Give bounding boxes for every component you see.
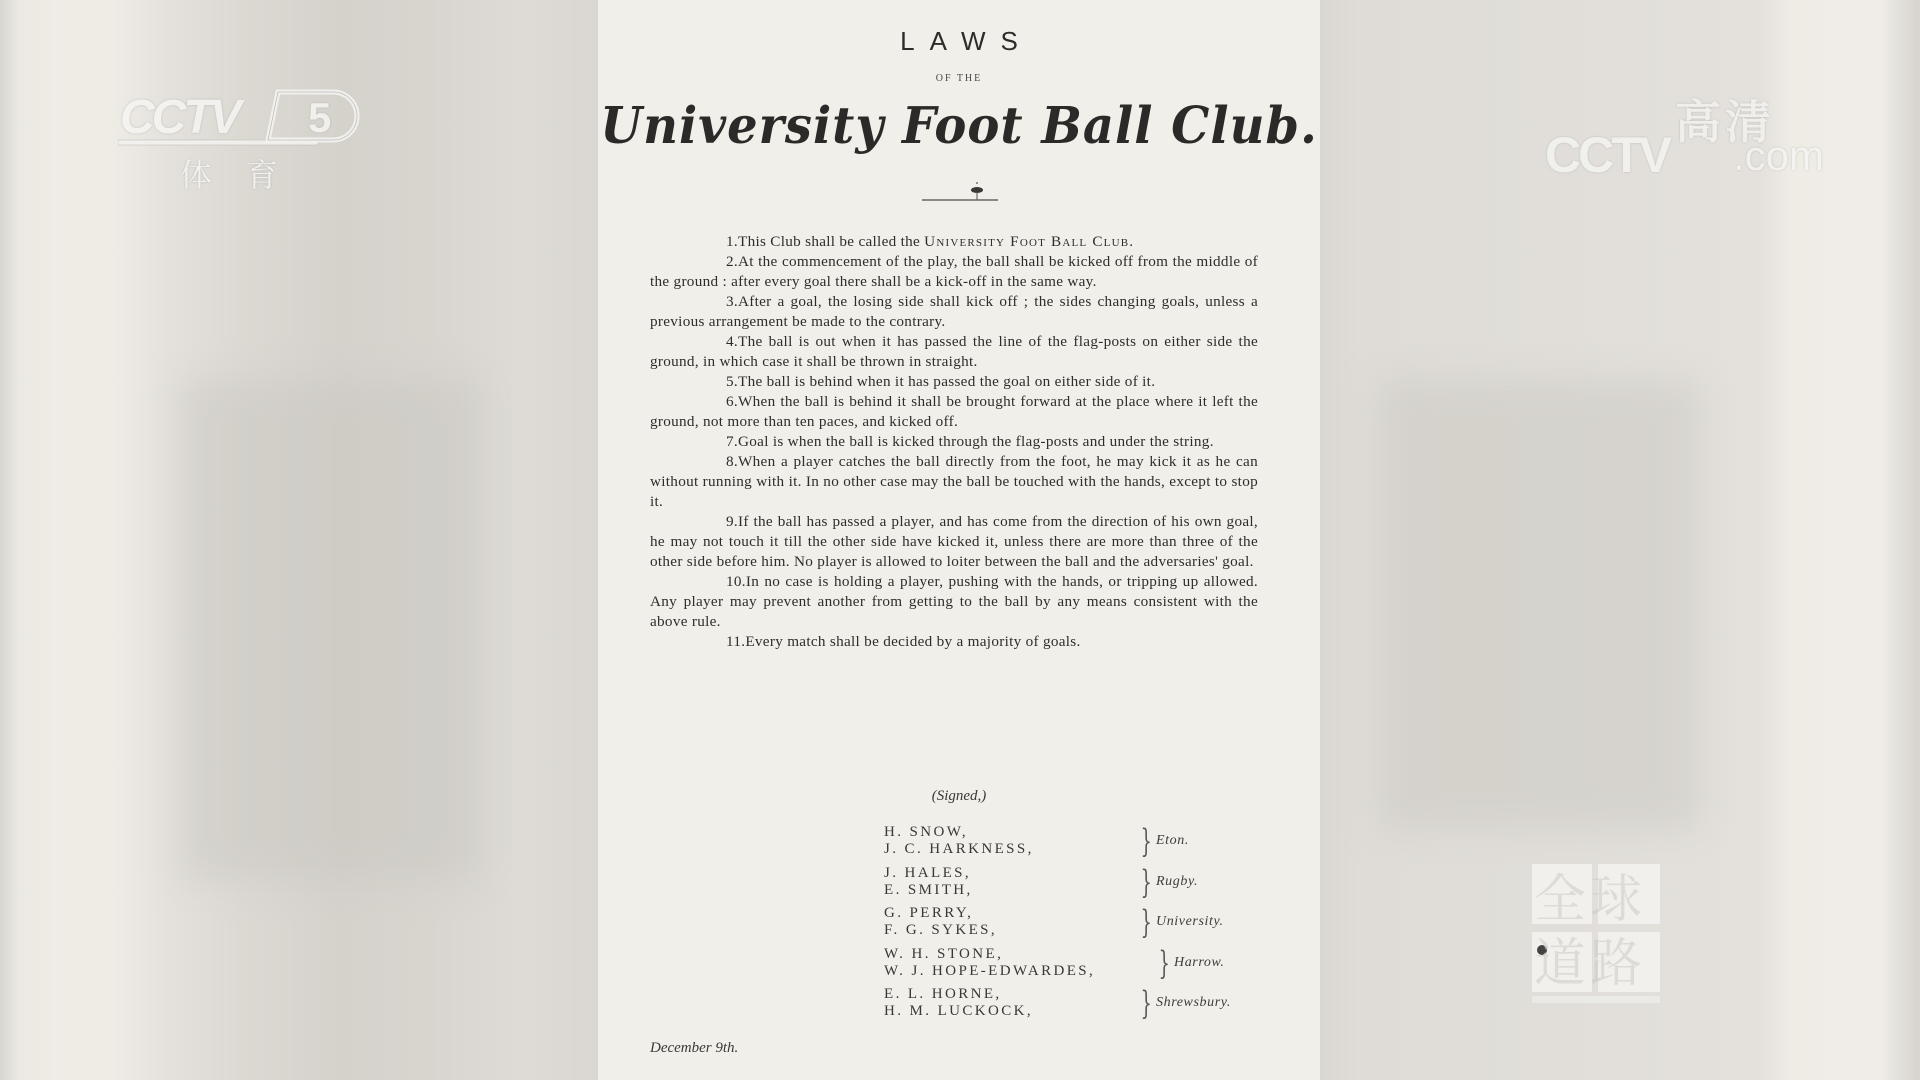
rule-item: 10.In no case is holding a player, pushi… (650, 572, 1258, 632)
rule-number: 11. (688, 632, 745, 652)
school-name: Harrow. (1174, 955, 1225, 971)
signatory-name: H. M. Luckock, (884, 1003, 1033, 1020)
channel-number: 5 (308, 94, 331, 142)
rule-text: This Club shall be called the (738, 233, 924, 250)
rule-item: 1.This Club shall be called the Universi… (650, 232, 1258, 252)
rule-text: When the ball is behind it shall be brou… (650, 393, 1258, 430)
document-date: December 9th. (650, 1040, 738, 1057)
rule-item: 7.Goal is when the ball is kicked throug… (650, 432, 1258, 452)
rule-item: 8.When a player catches the ball directl… (650, 452, 1258, 512)
rule-item: 9.If the ball has passed a player, and h… (650, 512, 1258, 572)
brace-icon: } (1141, 865, 1152, 899)
signatory-name: J. C. Harkness, (884, 841, 1034, 858)
channel-brand: CCTV (120, 90, 239, 145)
signatory-name: J. Hales, (884, 865, 973, 882)
signatory-group: G. Perry,F. G. Sykes,}University. (884, 905, 1304, 945)
rule-item: 3.After a goal, the losing side shall ki… (650, 292, 1258, 332)
program-logo: 全球道路 (1530, 862, 1665, 1007)
signatory-names: G. Perry,F. G. Sykes, (884, 905, 997, 939)
rule-number: 6. (688, 392, 738, 412)
school-name: Rugby. (1156, 874, 1198, 890)
ornament-icon (920, 178, 1000, 204)
channel-logo: CCTV 5 体育 (118, 82, 368, 192)
signatory-name: E. Smith, (884, 882, 973, 899)
rule-item: 4.The ball is out when it has passed the… (650, 332, 1258, 372)
rules-list: 1.This Club shall be called the Universi… (650, 232, 1258, 652)
signatory-group: W. H. Stone,W. J. Hope-Edwardes,}Harrow. (884, 946, 1304, 986)
signatory-names: J. Hales,E. Smith, (884, 865, 973, 899)
signatory-name: H. Snow, (884, 824, 1034, 841)
hd-label: 高清 (1675, 86, 1775, 152)
signatory-name: E. L. Horne, (884, 986, 1033, 1003)
signatory-name: W. H. Stone, (884, 946, 1095, 963)
signatory-group: E. L. Horne,H. M. Luckock,}Shrewsbury. (884, 986, 1304, 1026)
rule-text: If the ball has passed a player, and has… (650, 513, 1258, 570)
background-shadow (180, 380, 480, 880)
brace-icon: } (1141, 986, 1152, 1020)
signed-label: (Signed,) (598, 788, 1320, 805)
document-subheading: OF THE (598, 73, 1320, 84)
school-name: University. (1156, 914, 1224, 930)
rule-number: 9. (688, 512, 738, 532)
rule-text: When a player catches the ball directly … (650, 453, 1258, 510)
rule-club-name: University Foot Ball Club (924, 233, 1129, 250)
rule-item: 11.Every match shall be decided by a maj… (650, 632, 1258, 652)
rule-text: Goal is when the ball is kicked through … (738, 433, 1214, 450)
rule-number: 1. (688, 232, 738, 252)
signatory-name: G. Perry, (884, 905, 997, 922)
signatory-group: H. Snow,J. C. Harkness,}Eton. (884, 824, 1304, 864)
signatory-names: E. L. Horne,H. M. Luckock, (884, 986, 1033, 1020)
hd-logo: CCTV .com 高清 (1545, 92, 1860, 182)
channel-subtitle: 体育 (180, 150, 312, 196)
document-heading: LAWS (598, 26, 1320, 57)
rule-item: 6.When the ball is behind it shall be br… (650, 392, 1258, 432)
rule-number: 10. (688, 572, 746, 592)
signatory-names: H. Snow,J. C. Harkness, (884, 824, 1034, 858)
rule-number: 7. (688, 432, 738, 452)
document-title: University Foot Ball Club. (598, 97, 1320, 156)
school-name: Eton. (1156, 833, 1189, 849)
hd-brand: CCTV (1545, 126, 1669, 184)
document-page: LAWS OF THE University Foot Ball Club. 1… (598, 0, 1320, 1080)
brace-icon: } (1141, 824, 1152, 858)
rule-text: The ball is out when it has passed the l… (650, 333, 1258, 370)
rule-text: After a goal, the losing side shall kick… (650, 293, 1258, 330)
brace-icon: } (1141, 905, 1152, 939)
rule-item: 5.The ball is behind when it has passed … (650, 372, 1258, 392)
signatory-group: J. Hales,E. Smith,}Rugby. (884, 865, 1304, 905)
program-logo-text: 全球道路 (1534, 868, 1664, 996)
rule-text: At the commencement of the play, the bal… (650, 253, 1258, 290)
rule-number: 8. (688, 452, 738, 472)
rule-number: 4. (688, 332, 738, 352)
signatories-list: H. Snow,J. C. Harkness,}Eton.J. Hales,E.… (884, 824, 1304, 1027)
background-shadow (1380, 380, 1700, 830)
signatory-name: W. J. Hope-Edwardes, (884, 963, 1095, 980)
brace-icon: } (1159, 946, 1170, 980)
rule-text: Every match shall be decided by a majori… (745, 633, 1080, 650)
rule-number: 3. (688, 292, 738, 312)
rule-number: 2. (688, 252, 738, 272)
signatory-names: W. H. Stone,W. J. Hope-Edwardes, (884, 946, 1095, 980)
signatory-name: F. G. Sykes, (884, 922, 997, 939)
rule-number: 5. (688, 372, 738, 392)
rule-text: The ball is behind when it has passed th… (738, 373, 1155, 390)
school-name: Shrewsbury. (1156, 995, 1231, 1011)
rule-item: 2.At the commencement of the play, the b… (650, 252, 1258, 292)
